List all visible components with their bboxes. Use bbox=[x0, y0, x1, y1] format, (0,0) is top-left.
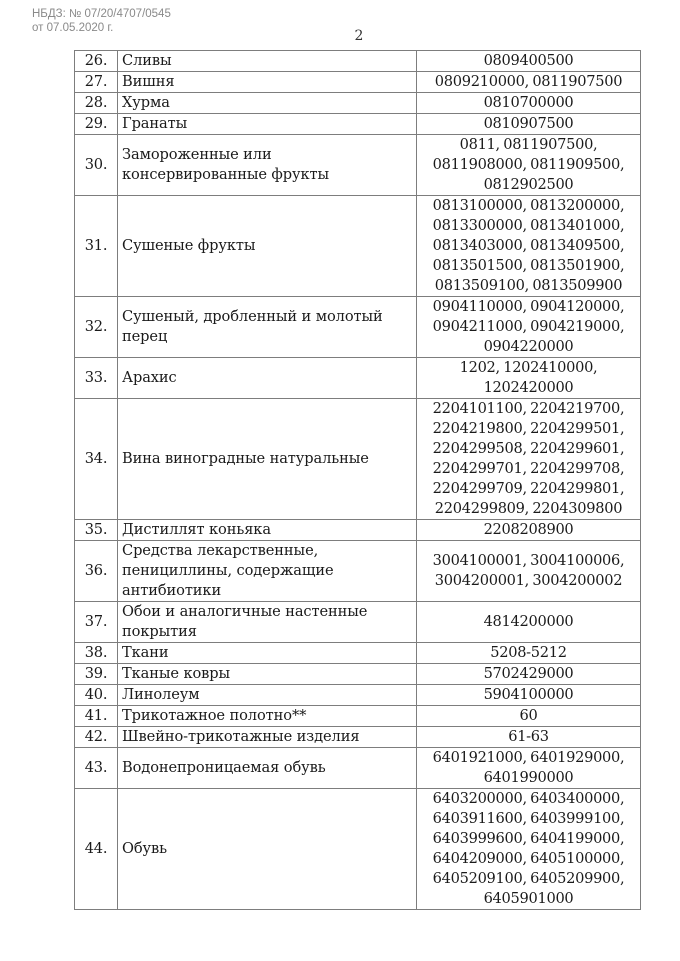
tnved-code-line: 0810700000 bbox=[421, 93, 636, 113]
tnved-code-line: 6401921000, 6401929000, bbox=[421, 748, 636, 768]
goods-name-line: Трикотажное полотно** bbox=[122, 706, 412, 726]
goods-name-line: Гранаты bbox=[122, 114, 412, 134]
tnved-code-line: 6404209000, 6405100000, bbox=[421, 849, 636, 869]
table-row: 35.Дистиллят коньяка2208208900 bbox=[75, 520, 641, 541]
tnved-code-line: 0811908000, 0811909500, bbox=[421, 155, 636, 175]
row-number: 31. bbox=[75, 196, 118, 297]
row-number: 35. bbox=[75, 520, 118, 541]
tnved-codes: 5208-5212 bbox=[417, 643, 641, 664]
goods-name: Дистиллят коньяка bbox=[118, 520, 417, 541]
goods-name-line: Арахис bbox=[122, 368, 412, 388]
tnved-codes: 0810700000 bbox=[417, 93, 641, 114]
tnved-code-line: 3004200001, 3004200002 bbox=[421, 571, 636, 591]
tnved-code-line: 6405901000 bbox=[421, 889, 636, 909]
goods-name-line: антибиотики bbox=[122, 581, 412, 601]
goods-name-line: Водонепроницаемая обувь bbox=[122, 758, 412, 778]
goods-name-line: Замороженные или bbox=[122, 145, 412, 165]
goods-name-line: Сушеные фрукты bbox=[122, 236, 412, 256]
goods-name-line: Средства лекарственные, bbox=[122, 541, 412, 561]
row-number: 36. bbox=[75, 541, 118, 602]
table-row: 32.Сушеный, дробленный и молотыйперец090… bbox=[75, 297, 641, 358]
goods-name: Трикотажное полотно** bbox=[118, 706, 417, 727]
goods-name: Обувь bbox=[118, 789, 417, 910]
tnved-code-line: 0813403000, 0813409500, bbox=[421, 236, 636, 256]
tnved-code-line: 2204299701, 2204299708, bbox=[421, 459, 636, 479]
tnved-code-line: 2204101100, 2204219700, bbox=[421, 399, 636, 419]
tnved-codes: 2208208900 bbox=[417, 520, 641, 541]
goods-name-line: Тканые ковры bbox=[122, 664, 412, 684]
goods-name-line: Сливы bbox=[122, 51, 412, 71]
table-row: 27.Вишня0809210000, 0811907500 bbox=[75, 72, 641, 93]
goods-name-line: Швейно-трикотажные изделия bbox=[122, 727, 412, 747]
tnved-codes: 60 bbox=[417, 706, 641, 727]
table-row: 36.Средства лекарственные,пенициллины, с… bbox=[75, 541, 641, 602]
row-number: 34. bbox=[75, 399, 118, 520]
tnved-code-line: 6405209100, 6405209900, bbox=[421, 869, 636, 889]
tnved-code-line: 2204219800, 2204299501, bbox=[421, 419, 636, 439]
tnved-codes: 4814200000 bbox=[417, 602, 641, 643]
tnved-codes: 0810907500 bbox=[417, 114, 641, 135]
tnved-code-line: 6403911600, 6403999100, bbox=[421, 809, 636, 829]
row-number: 27. bbox=[75, 72, 118, 93]
tnved-code-line: 2208208900 bbox=[421, 520, 636, 540]
row-number: 38. bbox=[75, 643, 118, 664]
table-row: 44.Обувь6403200000, 6403400000,640391160… bbox=[75, 789, 641, 910]
tnved-code-line: 60 bbox=[421, 706, 636, 726]
tnved-codes: 2204101100, 2204219700,2204219800, 22042… bbox=[417, 399, 641, 520]
goods-name: Сушеный, дробленный и молотыйперец bbox=[118, 297, 417, 358]
row-number: 42. bbox=[75, 727, 118, 748]
goods-name-line: консервированные фрукты bbox=[122, 165, 412, 185]
tnved-code-line: 0904110000, 0904120000, bbox=[421, 297, 636, 317]
goods-name-line: Сушеный, дробленный и молотый bbox=[122, 307, 412, 327]
tnved-code-line: 5702429000 bbox=[421, 664, 636, 684]
goods-name-line: Дистиллят коньяка bbox=[122, 520, 412, 540]
tnved-code-line: 6401990000 bbox=[421, 768, 636, 788]
goods-name: Вина виноградные натуральные bbox=[118, 399, 417, 520]
table-row: 37.Обои и аналогичные настенныепокрытия4… bbox=[75, 602, 641, 643]
table-row: 38.Ткани5208-5212 bbox=[75, 643, 641, 664]
row-number: 43. bbox=[75, 748, 118, 789]
goods-name: Средства лекарственные,пенициллины, соде… bbox=[118, 541, 417, 602]
goods-name: Сливы bbox=[118, 51, 417, 72]
tnved-code-line: 0904220000 bbox=[421, 337, 636, 357]
goods-name: Арахис bbox=[118, 358, 417, 399]
tnved-code-line: 1202420000 bbox=[421, 378, 636, 398]
tnved-codes: 0813100000, 0813200000,0813300000, 08134… bbox=[417, 196, 641, 297]
tnved-code-line: 0904211000, 0904219000, bbox=[421, 317, 636, 337]
goods-name: Обои и аналогичные настенныепокрытия bbox=[118, 602, 417, 643]
tnved-code-line: 0813501500, 0813501900, bbox=[421, 256, 636, 276]
tnved-code-line: 2204299809, 2204309800 bbox=[421, 499, 636, 519]
goods-name-line: пенициллины, содержащие bbox=[122, 561, 412, 581]
tnved-code-line: 5208-5212 bbox=[421, 643, 636, 663]
tnved-codes: 0809400500 bbox=[417, 51, 641, 72]
row-number: 32. bbox=[75, 297, 118, 358]
tnved-code-line: 2204299508, 2204299601, bbox=[421, 439, 636, 459]
tnved-codes: 5904100000 bbox=[417, 685, 641, 706]
tnved-code-line: 4814200000 bbox=[421, 612, 636, 632]
table-row: 39.Тканые ковры5702429000 bbox=[75, 664, 641, 685]
tnved-code-line: 0813100000, 0813200000, bbox=[421, 196, 636, 216]
tnved-codes: 0809210000, 0811907500 bbox=[417, 72, 641, 93]
tnved-codes: 0811, 0811907500,0811908000, 0811909500,… bbox=[417, 135, 641, 196]
tnved-code-line: 5904100000 bbox=[421, 685, 636, 705]
goods-name-line: Хурма bbox=[122, 93, 412, 113]
tnved-code-line: 6403999600, 6404199000, bbox=[421, 829, 636, 849]
goods-name: Швейно-трикотажные изделия bbox=[118, 727, 417, 748]
row-number: 29. bbox=[75, 114, 118, 135]
row-number: 28. bbox=[75, 93, 118, 114]
tnved-codes: 3004100001, 3004100006,3004200001, 30042… bbox=[417, 541, 641, 602]
table-row: 42.Швейно-трикотажные изделия61-63 bbox=[75, 727, 641, 748]
goods-name-line: покрытия bbox=[122, 622, 412, 642]
tnved-code-line: 61-63 bbox=[421, 727, 636, 747]
table-row: 34.Вина виноградные натуральные220410110… bbox=[75, 399, 641, 520]
goods-name: Замороженные иликонсервированные фрукты bbox=[118, 135, 417, 196]
page-number: 2 bbox=[352, 28, 366, 44]
goods-name-line: Вина виноградные натуральные bbox=[122, 449, 412, 469]
goods-name-line: перец bbox=[122, 327, 412, 347]
table-row: 33.Арахис1202, 1202410000,1202420000 bbox=[75, 358, 641, 399]
goods-name-line: Ткани bbox=[122, 643, 412, 663]
row-number: 30. bbox=[75, 135, 118, 196]
tnved-code-line: 0809210000, 0811907500 bbox=[421, 72, 636, 92]
tnved-codes: 0904110000, 0904120000,0904211000, 09042… bbox=[417, 297, 641, 358]
table-row: 28.Хурма0810700000 bbox=[75, 93, 641, 114]
tnved-code-line: 0813509100, 0813509900 bbox=[421, 276, 636, 296]
goods-name: Хурма bbox=[118, 93, 417, 114]
row-number: 26. bbox=[75, 51, 118, 72]
goods-name: Тканые ковры bbox=[118, 664, 417, 685]
goods-name-line: Линолеум bbox=[122, 685, 412, 705]
tnved-code-line: 0810907500 bbox=[421, 114, 636, 134]
goods-name: Вишня bbox=[118, 72, 417, 93]
tnved-codes: 1202, 1202410000,1202420000 bbox=[417, 358, 641, 399]
tnved-code-line: 0812902500 bbox=[421, 175, 636, 195]
registration-stamp: НБДЗ: № 07/20/4707/0545 от 07.05.2020 г. bbox=[32, 7, 171, 35]
goods-name: Ткани bbox=[118, 643, 417, 664]
goods-name: Сушеные фрукты bbox=[118, 196, 417, 297]
row-number: 44. bbox=[75, 789, 118, 910]
registry-number: НБДЗ: № 07/20/4707/0545 bbox=[32, 7, 171, 21]
tnved-codes: 61-63 bbox=[417, 727, 641, 748]
tnved-code-line: 0811, 0811907500, bbox=[421, 135, 636, 155]
row-number: 39. bbox=[75, 664, 118, 685]
registry-date: от 07.05.2020 г. bbox=[32, 21, 171, 35]
table-row: 40.Линолеум5904100000 bbox=[75, 685, 641, 706]
goods-name: Линолеум bbox=[118, 685, 417, 706]
table-row: 31.Сушеные фрукты0813100000, 0813200000,… bbox=[75, 196, 641, 297]
goods-name: Водонепроницаемая обувь bbox=[118, 748, 417, 789]
table-row: 26.Сливы0809400500 bbox=[75, 51, 641, 72]
row-number: 37. bbox=[75, 602, 118, 643]
table-row: 30.Замороженные иликонсервированные фрук… bbox=[75, 135, 641, 196]
row-number: 40. bbox=[75, 685, 118, 706]
row-number: 41. bbox=[75, 706, 118, 727]
tnved-code-line: 3004100001, 3004100006, bbox=[421, 551, 636, 571]
tnved-code-line: 0813300000, 0813401000, bbox=[421, 216, 636, 236]
goods-name-line: Обувь bbox=[122, 839, 412, 859]
tnved-code-line: 6403200000, 6403400000, bbox=[421, 789, 636, 809]
goods-codes-table: 26.Сливы080940050027.Вишня0809210000, 08… bbox=[74, 50, 641, 910]
tnved-codes: 6401921000, 6401929000,6401990000 bbox=[417, 748, 641, 789]
tnved-codes: 5702429000 bbox=[417, 664, 641, 685]
goods-name-line: Вишня bbox=[122, 72, 412, 92]
tnved-code-line: 0809400500 bbox=[421, 51, 636, 71]
goods-name: Гранаты bbox=[118, 114, 417, 135]
goods-name-line: Обои и аналогичные настенные bbox=[122, 602, 412, 622]
row-number: 33. bbox=[75, 358, 118, 399]
tnved-code-line: 2204299709, 2204299801, bbox=[421, 479, 636, 499]
tnved-code-line: 1202, 1202410000, bbox=[421, 358, 636, 378]
tnved-codes: 6403200000, 6403400000,6403911600, 64039… bbox=[417, 789, 641, 910]
table-row: 41.Трикотажное полотно**60 bbox=[75, 706, 641, 727]
table-body: 26.Сливы080940050027.Вишня0809210000, 08… bbox=[75, 51, 641, 910]
table-row: 29.Гранаты0810907500 bbox=[75, 114, 641, 135]
table-row: 43.Водонепроницаемая обувь6401921000, 64… bbox=[75, 748, 641, 789]
